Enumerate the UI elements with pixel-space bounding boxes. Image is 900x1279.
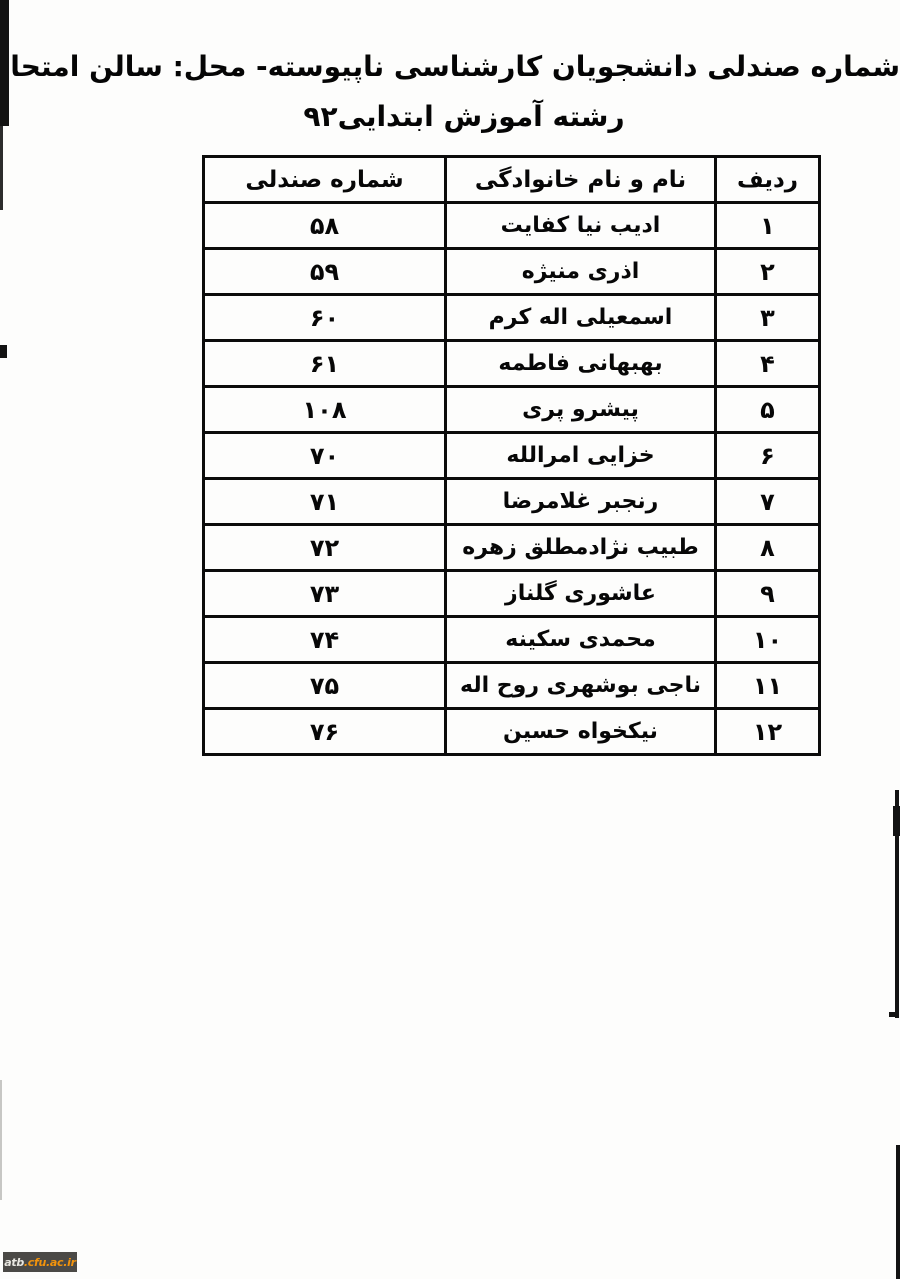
full-name-cell: اذری منیژه: [446, 249, 716, 295]
full-name-cell: طبیب نژادمطلق زهره: [446, 525, 716, 571]
scan-artifact-left-tail: [0, 126, 3, 210]
full-name-cell: خزایی امرالله: [446, 433, 716, 479]
seat-number-cell: ۵۹: [204, 249, 446, 295]
full-name-cell: بهبهانی فاطمه: [446, 341, 716, 387]
column-header-full-name: نام و نام خانوادگی: [446, 157, 716, 203]
table-row: ۸ طبیب نژادمطلق زهره ۷۲: [204, 525, 820, 571]
scanned-document-page: شماره صندلی دانشجویان کارشناسی ناپیوسته-…: [0, 0, 900, 1279]
table-row: ۳ اسمعیلی اله کرم ۶۰: [204, 295, 820, 341]
seat-number-cell: ۶۱: [204, 341, 446, 387]
scan-artifact-right-bottom: [896, 1145, 900, 1279]
watermark-prefix: atb: [4, 1256, 24, 1269]
table-row: ۲ اذری منیژه ۵۹: [204, 249, 820, 295]
table-row: ۱۲ نیکخواه حسین ۷۶: [204, 709, 820, 755]
seat-number-cell: ۶۰: [204, 295, 446, 341]
table-row: ۷ رنجبر غلامرضا ۷۱: [204, 479, 820, 525]
seat-number-cell: ۷۶: [204, 709, 446, 755]
row-number-cell: ۷: [716, 479, 820, 525]
row-number-cell: ۱: [716, 203, 820, 249]
title-line-1: شماره صندلی دانشجویان کارشناسی ناپیوسته-…: [28, 42, 900, 92]
site-watermark: atb.cfu.ac.ir: [3, 1252, 77, 1272]
full-name-cell: اسمعیلی اله کرم: [446, 295, 716, 341]
scan-artifact-left-dash: [0, 345, 7, 358]
seat-number-cell: ۵۸: [204, 203, 446, 249]
full-name-cell: پیشرو پری: [446, 387, 716, 433]
seat-number-cell: ۷۰: [204, 433, 446, 479]
row-number-cell: ۴: [716, 341, 820, 387]
table-row: ۱۱ ناجی بوشهری روح اله ۷۵: [204, 663, 820, 709]
full-name-cell: عاشوری گلناز: [446, 571, 716, 617]
seat-number-cell: ۱۰۸: [204, 387, 446, 433]
table-row: ۱۰ محمدی سکینه ۷۴: [204, 617, 820, 663]
table-row: ۵ پیشرو پری ۱۰۸: [204, 387, 820, 433]
title-line-2: رشته آموزش ابتدایی۹۲: [28, 92, 900, 142]
full-name-cell: ناجی بوشهری روح اله: [446, 663, 716, 709]
table-row: ۱ ادیب نیا کفایت ۵۸: [204, 203, 820, 249]
table-row: ۴ بهبهانی فاطمه ۶۱: [204, 341, 820, 387]
scan-artifact-left-top: [0, 0, 9, 126]
document-title: شماره صندلی دانشجویان کارشناسی ناپیوسته-…: [28, 42, 900, 142]
row-number-cell: ۳: [716, 295, 820, 341]
row-number-cell: ۸: [716, 525, 820, 571]
table-row: ۹ عاشوری گلناز ۷۳: [204, 571, 820, 617]
seat-number-cell: ۷۳: [204, 571, 446, 617]
seat-number-cell: ۷۵: [204, 663, 446, 709]
row-number-cell: ۶: [716, 433, 820, 479]
full-name-cell: ادیب نیا کفایت: [446, 203, 716, 249]
row-number-cell: ۲: [716, 249, 820, 295]
seat-number-cell: ۷۲: [204, 525, 446, 571]
table-row: ۶ خزایی امرالله ۷۰: [204, 433, 820, 479]
row-number-cell: ۱۱: [716, 663, 820, 709]
row-number-cell: ۱۰: [716, 617, 820, 663]
scan-artifact-left-faint: [0, 1080, 2, 1200]
seat-assignment-table: ردیف نام و نام خانوادگی شماره صندلی ۱ اد…: [202, 155, 821, 756]
row-number-cell: ۹: [716, 571, 820, 617]
column-header-seat-number: شماره صندلی: [204, 157, 446, 203]
full-name-cell: محمدی سکینه: [446, 617, 716, 663]
full-name-cell: رنجبر غلامرضا: [446, 479, 716, 525]
full-name-cell: نیکخواه حسین: [446, 709, 716, 755]
watermark-suffix: .cfu.ac.ir: [24, 1256, 76, 1269]
column-header-row-number: ردیف: [716, 157, 820, 203]
scan-artifact-right-hook: [889, 1012, 897, 1017]
scan-artifact-right-blob: [893, 806, 900, 836]
seat-number-cell: ۷۴: [204, 617, 446, 663]
row-number-cell: ۱۲: [716, 709, 820, 755]
row-number-cell: ۵: [716, 387, 820, 433]
table-header-row: ردیف نام و نام خانوادگی شماره صندلی: [204, 157, 820, 203]
seat-number-cell: ۷۱: [204, 479, 446, 525]
